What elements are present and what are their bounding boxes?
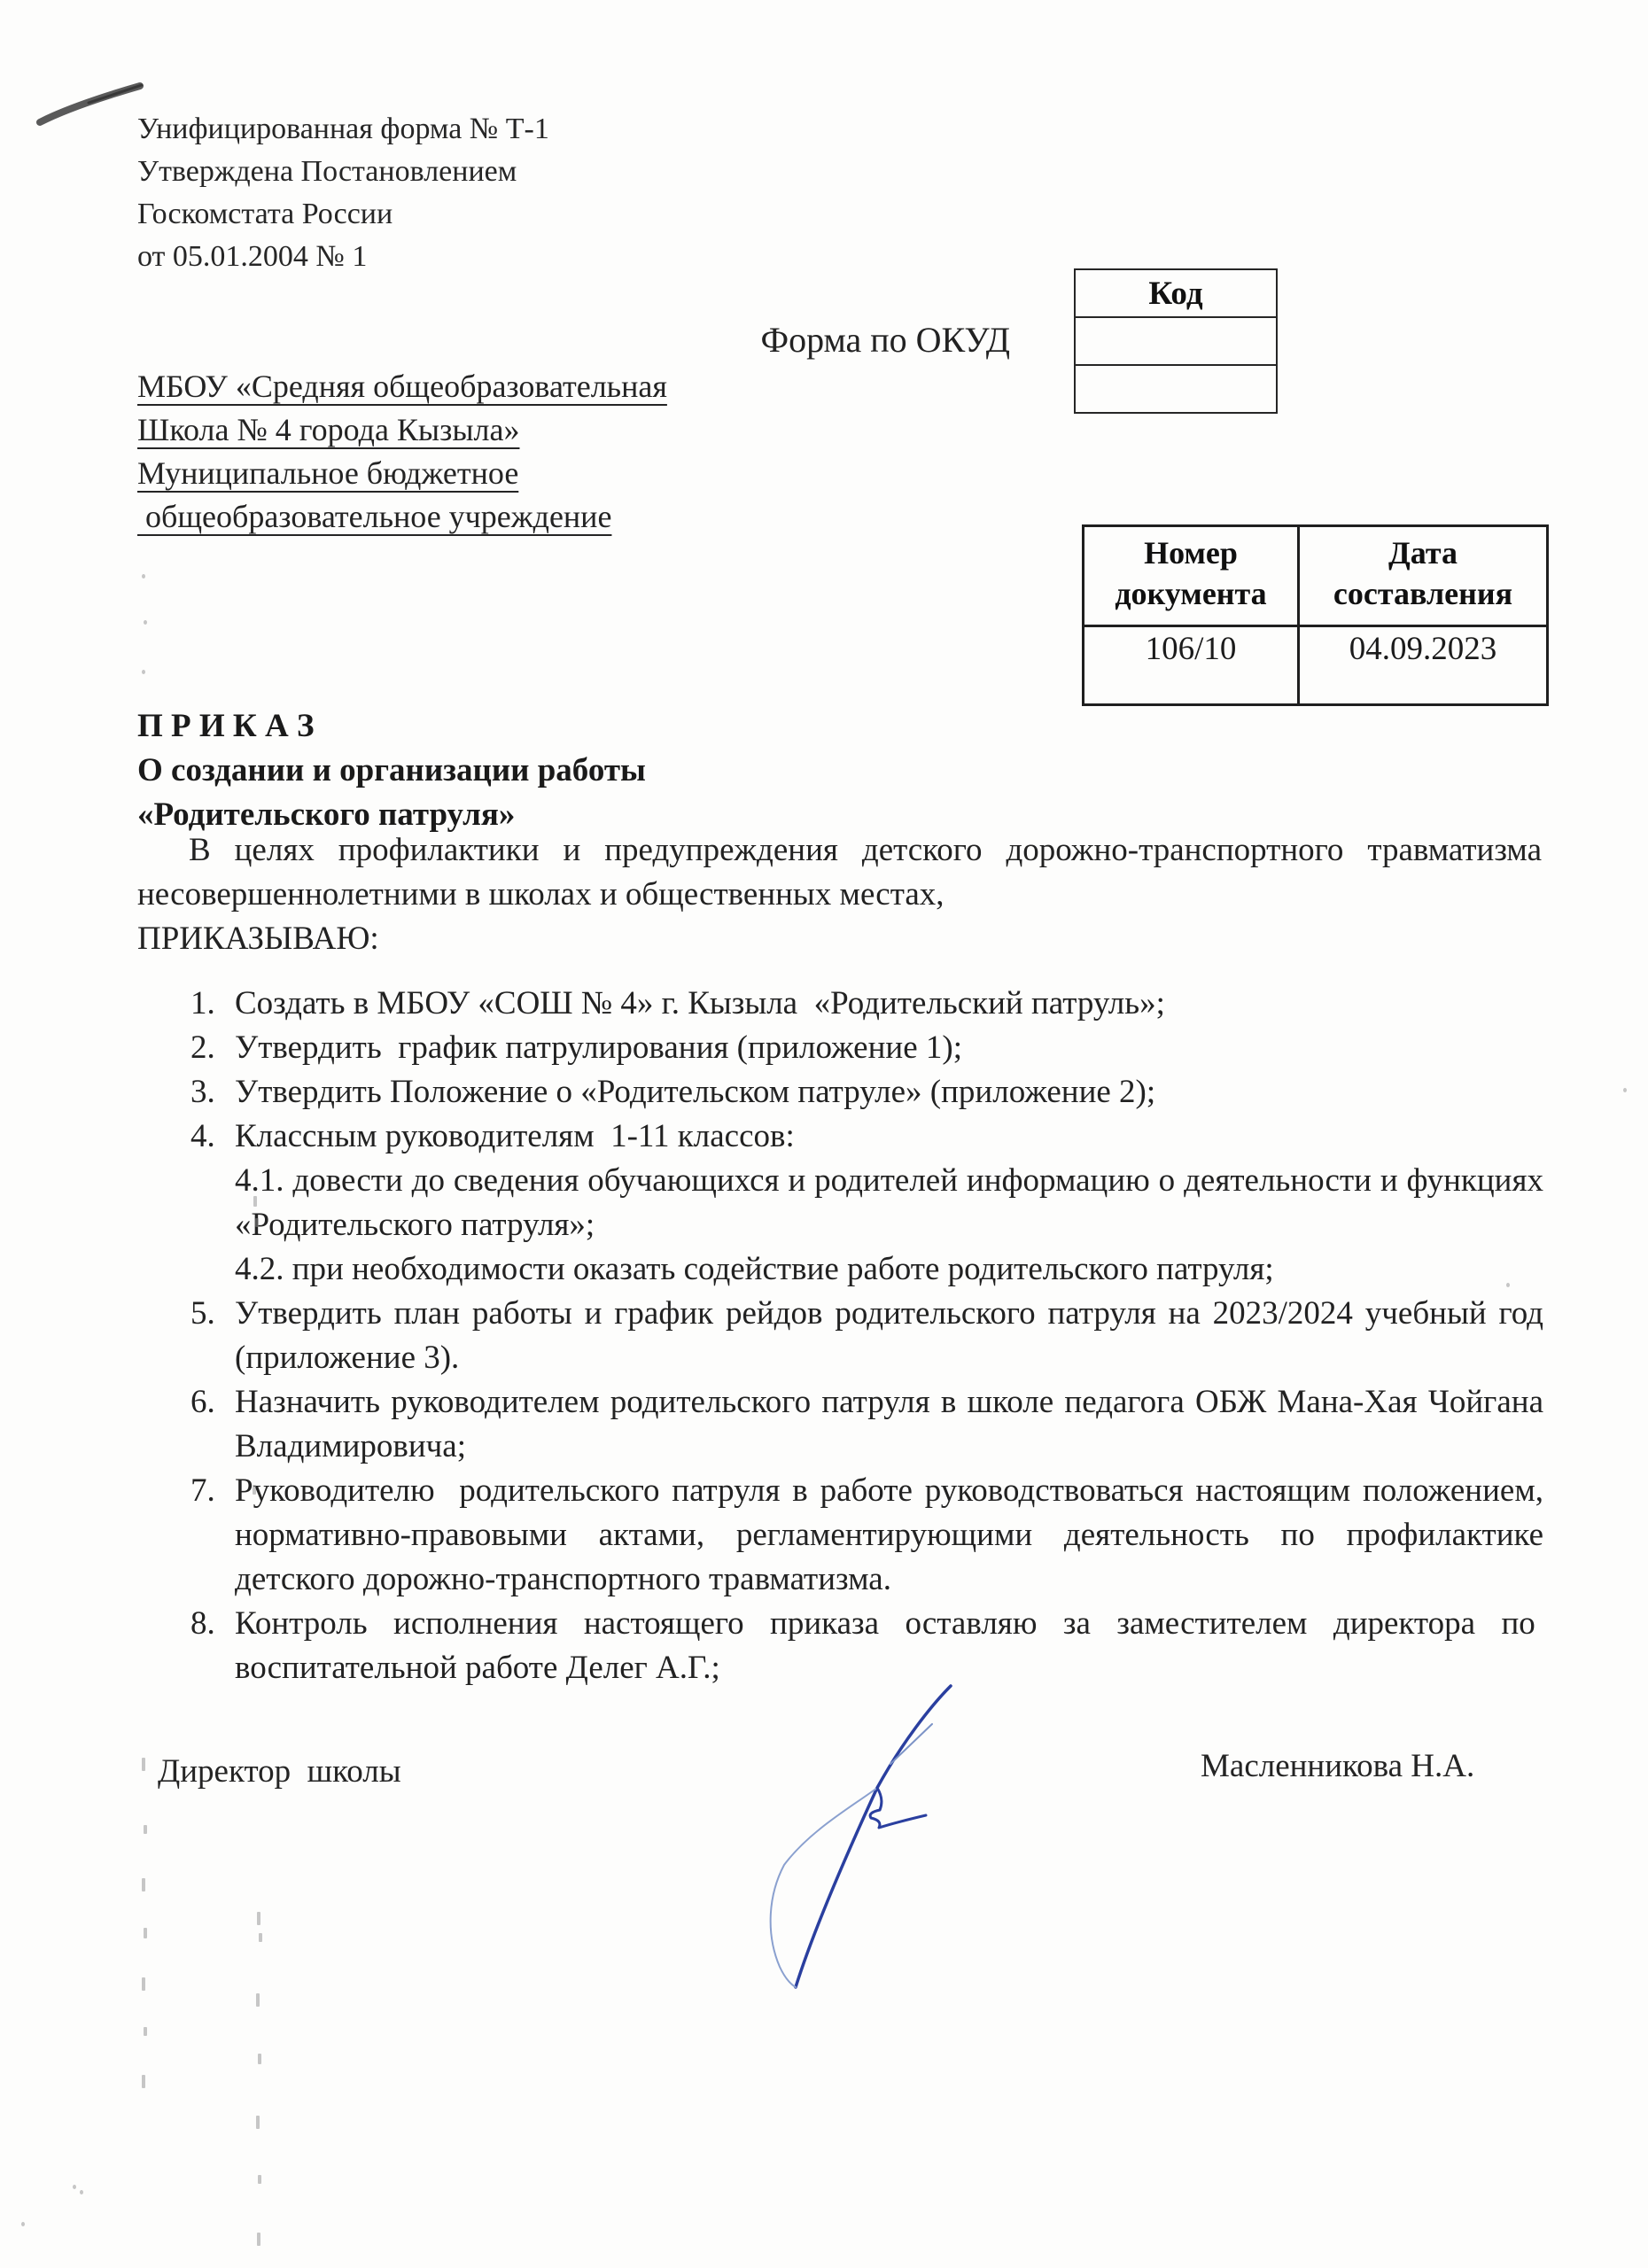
scan-artifact — [257, 1912, 260, 1925]
order-item-2: 2. Утвердить график патрулирования (прил… — [190, 1026, 1543, 1070]
scan-artifact — [257, 2233, 260, 2246]
order-item-4-text: Классным руководителям 1-11 классов: 4.1… — [235, 1115, 1543, 1292]
code-table: Код — [1074, 268, 1278, 414]
order-item-6-number: 6. — [190, 1380, 235, 1425]
order-item-3-text: Утвердить Положение о «Родительском патр… — [235, 1070, 1543, 1115]
scan-artifact — [258, 2175, 261, 2184]
director-label: Директор школы — [158, 1752, 401, 1790]
scan-artifact — [21, 2222, 25, 2226]
scan-artifact — [142, 574, 145, 579]
scan-artifact — [80, 2190, 83, 2194]
school-name-block: МБОУ «Средняя общеобразовательная Школа … — [137, 365, 667, 539]
document-number-value: 106/10 — [1084, 626, 1299, 705]
scan-artifact — [256, 1993, 260, 2007]
document-date-value: 04.09.2023 — [1299, 626, 1548, 705]
scan-artifact — [255, 1218, 259, 1227]
order-preamble-block: В целях профилактики и предупреждения де… — [137, 828, 1542, 961]
order-item-3: 3. Утвердить Положение о «Родительском п… — [190, 1070, 1543, 1115]
code-table-empty-row-1 — [1075, 317, 1277, 365]
order-resolution: ПРИКАЗЫВАЮ: — [137, 917, 1542, 961]
order-subtitle-line-1: О создании и организации работы — [137, 749, 646, 793]
order-item-list: 1. Создать в МБОУ «СОШ № 4» г. Кызыла «Р… — [190, 982, 1543, 1690]
order-item-4-number: 4. — [190, 1115, 235, 1159]
order-item-1-number: 1. — [190, 982, 235, 1026]
scan-artifact — [144, 620, 147, 625]
order-item-4: 4. Классным руководителям 1-11 классов: … — [190, 1115, 1543, 1292]
order-item-1-text: Создать в МБОУ «СОШ № 4» г. Кызыла «Роди… — [235, 982, 1543, 1026]
scan-artifact — [142, 1878, 145, 1891]
handwritten-signature — [749, 1670, 970, 2002]
order-item-2-text: Утвердить график патрулирования (приложе… — [235, 1026, 1543, 1070]
scan-artifact — [253, 1485, 256, 1495]
okud-form-label: Форма по ОКУД — [620, 319, 1010, 361]
scan-artifact — [1506, 1283, 1510, 1287]
order-item-4-main: Классным руководителям 1-11 классов: — [235, 1115, 1543, 1159]
header-note: Унифицированная форма № Т-1 Утверждена П… — [137, 108, 549, 278]
order-item-7-number: 7. — [190, 1469, 235, 1513]
scan-artifact — [142, 1758, 145, 1771]
scan-artifact — [1623, 1088, 1627, 1092]
scan-artifact — [258, 2054, 261, 2064]
pen-mark — [35, 78, 146, 129]
order-item-5-number: 5. — [190, 1292, 235, 1336]
order-item-6: 6. Назначить руководителем родительского… — [190, 1380, 1543, 1469]
scan-artifact — [142, 1977, 145, 1991]
scan-artifact — [256, 2116, 260, 2129]
scan-artifact — [144, 1825, 147, 1834]
order-item-6-text: Назначить руководителем родительского па… — [235, 1380, 1543, 1469]
code-table-header: Код — [1075, 269, 1277, 317]
order-title: П Р И К А З — [137, 704, 646, 749]
order-title-block: П Р И К А З О создании и организации раб… — [137, 704, 646, 837]
order-preamble: В целях профилактики и предупреждения де… — [137, 828, 1542, 917]
order-item-4-sub-2: 4.2. при необходимости оказать содействи… — [235, 1247, 1543, 1292]
scanned-document-page: Унифицированная форма № Т-1 Утверждена П… — [0, 0, 1648, 2268]
order-item-5: 5. Утвердить план работы и график рейдов… — [190, 1292, 1543, 1380]
school-name-line-1: МБОУ «Средняя общеобразовательная — [137, 365, 667, 408]
order-item-7-text: Руководителю родительского патруля в раб… — [235, 1469, 1543, 1602]
scan-artifact — [142, 2075, 145, 2088]
order-item-5-text: Утвердить план работы и график рейдов ро… — [235, 1292, 1543, 1380]
code-table-empty-row-2 — [1075, 365, 1277, 413]
scan-artifact — [253, 1196, 257, 1207]
scan-artifact — [259, 1933, 262, 1942]
document-number-header: Номер документа — [1084, 526, 1299, 626]
signature-name: Масленникова Н.А. — [1201, 1747, 1474, 1785]
scan-artifact — [144, 1928, 147, 1938]
school-name-line-2: Школа № 4 города Кызыла» — [137, 408, 667, 452]
header-note-line-2: Утверждена Постановлением — [137, 151, 549, 193]
document-date-header: Дата составления — [1299, 526, 1548, 626]
scan-artifact — [144, 2027, 147, 2036]
scan-artifact — [73, 2185, 76, 2189]
scan-artifact — [142, 670, 145, 674]
order-item-3-number: 3. — [190, 1070, 235, 1115]
header-note-line-4: от 05.01.2004 № 1 — [137, 236, 549, 278]
order-item-7: 7. Руководителю родительского патруля в … — [190, 1469, 1543, 1602]
order-item-8-number: 8. — [190, 1602, 235, 1646]
order-item-1: 1. Создать в МБОУ «СОШ № 4» г. Кызыла «Р… — [190, 982, 1543, 1026]
header-note-line-1: Унифицированная форма № Т-1 — [137, 108, 549, 151]
order-item-4-sub-1: 4.1. довести до сведения обучающихся и р… — [235, 1159, 1543, 1247]
order-item-2-number: 2. — [190, 1026, 235, 1070]
school-name-line-3: Муниципальное бюджетное — [137, 452, 667, 495]
school-name-line-4: общеобразовательное учреждение — [137, 495, 667, 539]
header-note-line-3: Госкомстата России — [137, 193, 549, 236]
document-number-table: Номер документа Дата составления 106/10 … — [1082, 524, 1549, 706]
